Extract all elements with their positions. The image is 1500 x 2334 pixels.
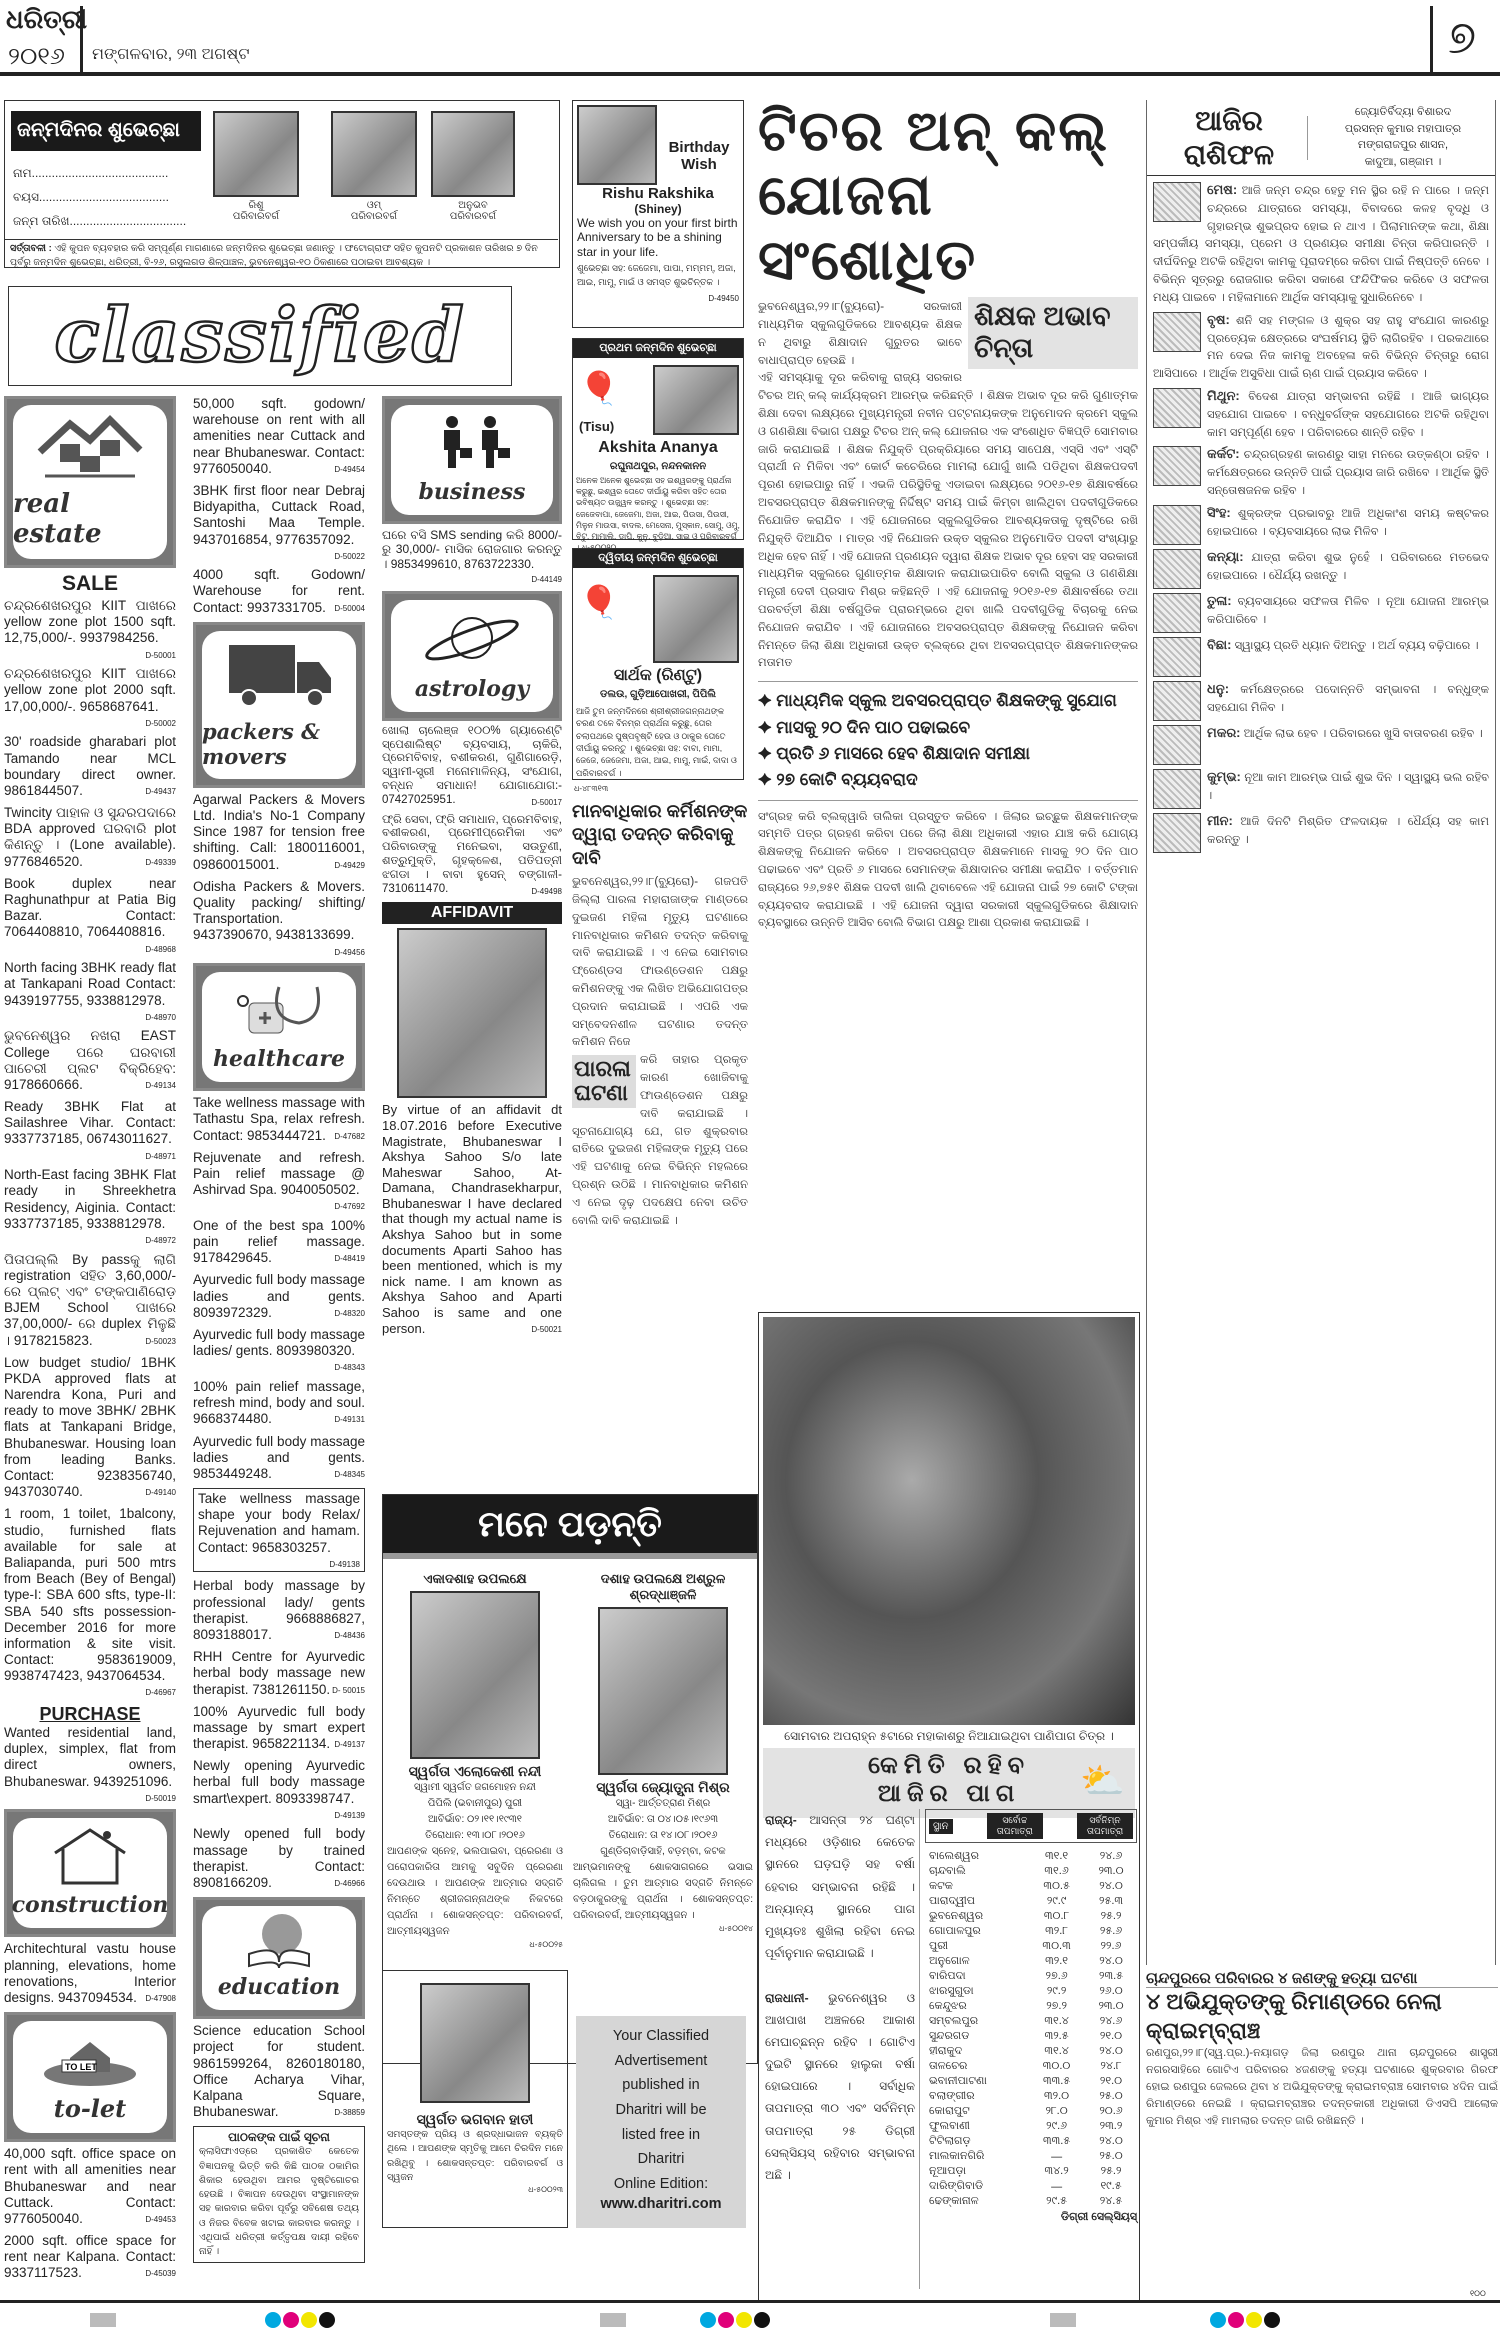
affidavit-photo [397, 928, 547, 1098]
masthead: ଧରିତ୍ରୀ ୨୦୧୬ ମଙ୍ଗଳବାର, ୨୩ ଅଗଷ୍ଟ ୭ [0, 0, 1500, 76]
child-photo [653, 365, 739, 435]
table-row: କୋରାପୁଟ୨୮.୦୨୦.୬ [925, 2104, 1137, 2119]
classified-ad: Book duplex near Raghunathpur at Patia B… [4, 876, 176, 954]
boxed-classified-ad: Take wellness massage shape your body Re… [193, 1488, 365, 1572]
classified-ad: North facing 3BHK ready flat at Tankapan… [4, 960, 176, 1022]
classified-title: classified [54, 293, 465, 379]
table-row: ଭୁବନେଶ୍ୱର୩୦.୮୨୫.୨ [925, 1909, 1137, 1924]
table-row: ଅନୁଗୋଳ୩୨.୧୨୪.୦ [925, 1954, 1137, 1969]
obituary-bottom: ସ୍ୱର୍ଗତ ଭଗବାନ ହାତୀ ସମସ୍ତଙ୍କ ପ୍ରିୟ ଓ ଶ୍ରଦ… [382, 1970, 568, 2228]
divider [1430, 6, 1433, 76]
child-photo [653, 575, 739, 663]
table-row: ତାଳଚେର୩୦.୦୨୪.୮ [925, 2059, 1137, 2074]
table-row: ପାରାଦ୍ୱୀପ୨୯.୯୨୫.୩ [925, 1894, 1137, 1909]
zodiac-icon [1153, 446, 1201, 486]
coupon-terms: ସର୍ତ୍ତାବଳୀ : ଏହି କୁପନ ବ୍ୟବହାର କରି ସମ୍ପୂର… [5, 239, 558, 272]
category-education: education [193, 1897, 365, 2019]
category-to-let: TO LET to-let [4, 2012, 176, 2142]
category-astrology: astrology [382, 591, 562, 721]
birthday-coupon: ଜନ୍ମଦିନର ଶୁଭେଚ୍ଛା ନାମ...................… [4, 100, 560, 268]
table-row: ହୀରାକୁଦ୩୧.୪୨୪.୦ [925, 2044, 1137, 2059]
coupon-field-name[interactable]: ନାମ.....................................… [13, 161, 186, 185]
coupon-photo-2: ଓମ୍ ପରିବାରବର୍ଗ [331, 111, 417, 222]
classified-ad: ଚନ୍ଦ୍ରଶେଖରପୁର KIIT ପାଖରେ yellow zone plo… [4, 666, 176, 728]
sale-ads: ଚନ୍ଦ୍ରଶେଖରପୁର KIIT ପାଖରେ yellow zone plo… [4, 598, 176, 1698]
birthday-wish-sarthak: ଦ୍ୱିତୀୟ ଜନ୍ମଦିନ ଶୁଭେଚ୍ଛା 🎈 ସାର୍ଥକ (ରିଣ୍ଟ… [572, 548, 744, 780]
color-registration-marks [700, 2312, 772, 2333]
birthday-wish-rishu: Birthday Wish Rishu Rakshika (Shiney) We… [572, 100, 744, 328]
category-real-estate: real estate [4, 396, 176, 568]
weather-forecast-text: ରାଜ୍ୟ- ଆସନ୍ତା ୨୪ ଘଣ୍ଟା ମଧ୍ୟରେ ଓଡ଼ିଶାର କେ… [765, 1809, 915, 2186]
color-registration-marks [265, 2312, 337, 2333]
table-row: ଝାରସୁଗୁଡା୨୯.୨୨୬.୦ [925, 1984, 1137, 1999]
coupon-field-dob[interactable]: ଜନ୍ମ ତାରିଖ..............................… [13, 209, 186, 233]
affidavit-text: By virtue of an affidavit dt 18.07.2016 … [382, 1102, 562, 1336]
classified-ad: Twincity ପାହାଳ ଓ ସୁନ୍ଦରପଦାରେ BDA approve… [4, 805, 176, 870]
table-header: ସ୍ଥାନ ସର୍ବୋଚ୍ଚ ତାପମାତ୍ରା ସର୍ବନିମ୍ନ ତାପମା… [925, 1809, 1137, 1843]
crime-story: ଚାନ୍ଦପୁରରେ ପରିବାରର ୪ ଜଣଙ୍କୁ ହତ୍ୟା ଘଟଣା ୪… [1146, 1970, 1498, 2130]
zodiac-icon [1153, 813, 1201, 853]
classified-ad: 4000 sqft. Godown/ Warehouse for rent. C… [193, 567, 365, 616]
table-row: ଗୋପାଳପୁର୩୨.୮୨୫.୬ [925, 1924, 1137, 1939]
story-badge: ପାରଳା ଘଟଣା [572, 1055, 636, 1107]
business-people-icon [422, 405, 522, 479]
category-business: business [382, 396, 562, 524]
lead-headline-1: ଟିଚର ଅନ୍ କଲ୍ [758, 100, 1138, 164]
color-registration-marks [1210, 2312, 1282, 2333]
crime-kicker: ଚାନ୍ଦପୁରରେ ପରିବାରର ୪ ଜଣଙ୍କୁ ହତ୍ୟା ଘଟଣା [1146, 1970, 1498, 1988]
coupon-fields: ନାମ.....................................… [13, 161, 186, 233]
crime-headline: ୪ ଅଭିଯୁକ୍ତଙ୍କୁ ରିମାଣ୍ଡରେ ନେଲା କ୍ରାଇମ୍‌ବ୍… [1146, 1988, 1498, 2045]
classified-ad: Ayurvedic full body massage ladies and g… [193, 1434, 365, 1483]
reader-notice: ପାଠକଙ୍କ ପାଇଁ ସୂଚନା କ୍ଲାସିଫାଏଡ୍‌ରେ ପ୍ରକାଶ… [193, 2126, 365, 2263]
balloons-icon: 🎈 [579, 369, 619, 407]
publication-date: ମଙ୍ଗଳବାର, ୨୩ ଅଗଷ୍ଟ [92, 46, 249, 64]
satellite-caption: ସୋମବାର ଅପରାହ୍ନ ୫ଟାରେ ମହାକାଶରୁ ନିଆଯାଇଥିବା… [759, 1729, 1139, 1744]
divider [80, 6, 83, 76]
to-let-house-icon: TO LET [40, 2021, 140, 2094]
horoscope-section: ଆଜିର ରାଶିଫଳ ଜ୍ୟୋତିର୍ବିଦ୍ୟା ବିଶାରଦ ପ୍ରସନ୍… [1146, 100, 1496, 1965]
zodiac-icon [1153, 681, 1201, 721]
zodiac-entry: ମେଷ: ଆଜି ଜନ୍ମ ଚନ୍ଦ୍ର ହେତୁ ମନ ସ୍ଥିର ରହି ନ… [1153, 180, 1489, 308]
stethoscope-icon [229, 972, 329, 1046]
classified-ad: Low budget studio/ 1BHK PKDA approved fl… [4, 1355, 176, 1501]
weather-section: ସୋମବାର ଅପରାହ୍ନ ୫ଟାରେ ମହାକାଶରୁ ନିଆଯାଇଥିବା… [758, 1312, 1140, 2302]
classified-banner: classified [8, 286, 512, 386]
classified-ad: ଫ୍ରି ସେବା, ଫ୍ରି ସମାଧାନ, ପ୍ରେମବିବାହ, ବଶୀକ… [382, 814, 562, 897]
classified-ad: Odisha Packers & Movers. Quality packing… [193, 879, 365, 957]
classified-ad: Ready 3BHK Flat at Sailashree Vihar. Con… [4, 1099, 176, 1161]
classified-ad: One of the best spa 100% pain relief mas… [193, 1218, 365, 1267]
zodiac-icon [1153, 505, 1201, 545]
gray-marks [90, 2313, 116, 2332]
table-row: ଚାନ୍ଦବାଲି୩୧.୬୨୩.୦ [925, 1864, 1137, 1879]
classified-ad: 50,000 sqft. godown/ warehouse on rent w… [193, 396, 365, 477]
table-row: ପୁରୀ୩୦.୩୨୨.୬ [925, 1939, 1137, 1954]
page-number: ୭ [1448, 10, 1476, 66]
column-3: business ଘରେ ବସି SMS sending କରି 8000/- … [382, 396, 562, 1342]
zodiac-entry: ସିଂହ: ଶୁକ୍ରଙ୍କ ପ୍ରଭାବରୁ ଆଜି ଅଧିକାଂଶ ସମୟ … [1153, 503, 1489, 545]
satellite-map [763, 1317, 1135, 1725]
zodiac-entry: ମିଥୁନ: ବିଦେଶ ଯାତ୍ରା ସମ୍ଭାବନା ରହିଛି । ଆଜି… [1153, 386, 1489, 442]
page-code: ୧୦୦ [1470, 2289, 1486, 2299]
column-2: 50,000 sqft. godown/ warehouse on rent w… [193, 396, 365, 2263]
table-row: ବାଲେଶ୍ୱର୩୧.୧୨୪.୬ [925, 1849, 1137, 1864]
truck-icon [219, 631, 339, 719]
obituary-right: ଦଶାହ ଉପଲକ୍ଷେ ଅଶ୍ରୁଳ ଶ୍ରଦ୍ଧାଞ୍ଜଳି ସ୍ୱର୍ଗତ… [573, 1571, 753, 1934]
online-edition-promo: Your Classified Advertisement published … [576, 2016, 746, 2228]
category-packers-movers: packers & movers [193, 622, 365, 788]
svg-text:TO LET: TO LET [65, 2062, 97, 2072]
classified-ad: Herbal body massage by professional lady… [193, 1578, 365, 1643]
zodiac-icon [1153, 593, 1201, 633]
category-healthcare: healthcare [193, 963, 365, 1091]
classified-ad: 2000 sqft. office space for rent near Ka… [4, 2233, 176, 2282]
weather-banner: କେମିତି ରହିବ ଆଜିର ପାଗ ⛅ [763, 1748, 1135, 1818]
zodiac-entry: ବିଛା: ସ୍ୱାସ୍ଥ୍ୟ ପ୍ରତି ଧ୍ୟାନ ଦିଅନ୍ତୁ । ଅର… [1153, 635, 1489, 677]
classified-ad: ଖୋଲା ଚାଲେଞ୍ଜ ୧୦୦% ଗ୍ୟାରେଣ୍ଟି ସ୍ପେଶାଲିଷ୍ଟ… [382, 725, 562, 808]
classified-ad: Architechtural vastu house planning, ele… [4, 1941, 176, 2006]
classified-ad: Take wellness massage with Tathastu Spa,… [193, 1095, 365, 1144]
coupon-photo-1: ରିଶୁ ପରିବାରବର୍ଗ [213, 111, 299, 222]
classified-ad: 100% pain relief massage, refresh mind, … [193, 1379, 365, 1428]
table-row: ଟିଟିଲାଗଡ଼୩୩.୫୨୪.୦ [925, 2134, 1137, 2149]
coupon-field-age[interactable]: ବୟସ.....................................… [13, 185, 186, 209]
classified-ad: ପିତାପଲ୍ଲି By passକୁ ଲାଗି registration ସହ… [4, 1252, 176, 1349]
purchase-heading: PURCHASE [4, 1704, 176, 1725]
column-1: real estate SALE ଚନ୍ଦ୍ରଶେଖରପୁର KIIT ପାଖର… [4, 396, 176, 2288]
newspaper-logo: ଧରିତ୍ରୀ [6, 6, 76, 35]
coupon-title: ଜନ୍ମଦିନର ଶୁଭେଚ୍ଛା [11, 111, 201, 151]
classified-ad: Ayurvedic full body massage ladies/ gent… [193, 1327, 365, 1373]
deceased-photo [410, 1591, 540, 1759]
classified-ad: Ayurvedic full body massage ladies and g… [193, 1272, 365, 1321]
category-construction: construction [4, 1809, 176, 1937]
zodiac-icon [1153, 769, 1201, 809]
lead-story: ଟିଚର ଅନ୍ କଲ୍ ଯୋଜନା ସଂଶୋଧିତ ଶିକ୍ଷକ ଅଭାବ ଚ… [758, 100, 1138, 933]
classified-ad: Science education School project for stu… [193, 2023, 365, 2120]
zodiac-entry: ବୃଷ: ଶନି ସହ ମଙ୍ଗଳ ଓ ଶୁକ୍ର ସହ ରାହୁ ସଂଯୋଗ … [1153, 310, 1489, 384]
zodiac-entry: ମକର: ଆର୍ଥିକ ଲାଭ ହେବ । ପରିବାରରେ ଖୁସି ବାତା… [1153, 723, 1489, 765]
classified-ad: ଚନ୍ଦ୍ରଶେଖରପୁର KIIT ପାଖରେ yellow zone plo… [4, 598, 176, 660]
table-row: ଦାରିଙ୍ଗିବାଡି—୧୯.୫ [925, 2179, 1137, 2194]
table-row: ଢେଙ୍କାନାଳ୨୯.୫୨୪.୫ [925, 2194, 1137, 2209]
classified-ad: 100% Ayurvedic full body massage by smar… [193, 1704, 365, 1753]
coupon-photo-3: ଅନୁଭବ ପରିବାରବର୍ଗ [431, 111, 515, 222]
book-globe-icon [234, 1906, 324, 1974]
table-row: ନୂଆପଡ଼ା୩୪.୨୨୫.୨ [925, 2164, 1137, 2179]
table-row: ସୁନ୍ଦରଗଡ୩୨.୫୨୧.୦ [925, 2029, 1137, 2044]
child-photo [213, 111, 299, 197]
story-headline: ମାନବାଧିକାର କର୍ମିଶନଙ୍କ ଦ୍ୱାରା ତଦନ୍ତ କରିବା… [572, 800, 748, 870]
sun-cloud-icon: ⛅ [1080, 1760, 1125, 1802]
birthday-wish-akshita: ପ୍ରଥମ ଜନ୍ମଦିନ ଶୁଭେଚ୍ଛା 🎈 (Tisu) Akshita … [572, 338, 744, 540]
sale-heading: SALE [4, 572, 176, 596]
astrologer-info: ଜ୍ୟୋତିର୍ବିଦ୍ୟା ବିଶାରଦ ପ୍ରସନ୍ନ କୁମାର ମହାପ… [1315, 104, 1491, 170]
highlights: ✦ ମାଧ୍ୟମିକ ସ୍କୁଲ ଅବସରପ୍ରାପ୍ତ ଶିକ୍ଷକଙ୍କୁ … [758, 681, 1138, 800]
zodiac-icon [1153, 549, 1201, 589]
balloons-icon: 🎈 [579, 583, 619, 621]
classified-ad: Rejuvenate and refresh. Pain relief mass… [193, 1150, 365, 1212]
zodiac-entry: କର୍କଟ: ଚନ୍ଦ୍ରଗ୍ରହଣ କାରଣରୁ ସାହା ମନରେ ଉତ୍କ… [1153, 444, 1489, 500]
classified-ad: 1 room, 1 toilet, 1balcony, studio, furn… [4, 1506, 176, 1698]
person-photo [431, 111, 515, 197]
classified-ad: ଭୁବନେଶ୍ୱର ନଖରା EAST College ପରେ ଘରବାରୀ ପ… [4, 1028, 176, 1093]
classified-ad: 3BHK first floor near Debraj Bidyapitha,… [193, 483, 365, 561]
zodiac-entry: କୁମ୍ଭ: ନୂଆ କାମ ଆରମ୍ଭ ପାଇଁ ଶୁଭ ଦିନ । ସ୍ୱା… [1153, 767, 1489, 809]
zodiac-entry: ତୁଳା: ବ୍ୟବସାୟରେ ସଫଳତା ମିଳିବ । ନୂଆ ଯୋଜନା … [1153, 591, 1489, 633]
table-row: ଫୁଲବାଣୀ୨୯.୬୨୩.୨ [925, 2119, 1137, 2134]
news-story-parala: ମାନବାଧିକାର କର୍ମିଶନଙ୍କ ଦ୍ୱାରା ତଦନ୍ତ କରିବା… [572, 800, 748, 1230]
table-row: ବଲାଙ୍ଗୀର୩୨.୦୨୫.୦ [925, 2089, 1137, 2104]
table-row: ଭବାନୀପାଟଣା୩୩.୫୨୧.୦ [925, 2074, 1137, 2089]
temperature-table: ସ୍ଥାନ ସର୍ବୋଚ୍ଚ ତାପମାତ୍ରା ସର୍ବନିମ୍ନ ତାପମା… [925, 1809, 1137, 2224]
table-row: ସମ୍ବଲପୁର୩୧.୪୨୪.୬ [925, 2014, 1137, 2029]
zodiac-icon [1153, 637, 1201, 677]
house-construction-icon [45, 1818, 135, 1892]
classified-ad: Newly opening Ayurvedic herbal full body… [193, 1758, 365, 1820]
unit-label: ଡିଗ୍ରୀ ସେଲ୍‌ସିୟସ୍ [925, 2211, 1137, 2224]
kicker: ଶିକ୍ଷକ ଅଭାବ ଚିନ୍ତା [968, 297, 1138, 369]
table-row: କେନ୍ଦୁଝର୨୭.୨୨୩.୦ [925, 1999, 1137, 2014]
classified-ad: ଘରେ ବସି SMS sending କରି 8000/- ରୁ 30,000… [382, 528, 562, 585]
zodiac-list: ମେଷ: ଆଜି ଜନ୍ମ ଚନ୍ଦ୍ର ହେତୁ ମନ ସ୍ଥିର ରହି ନ… [1147, 176, 1495, 859]
zodiac-entry: ଧନୁ: କର୍ମକ୍ଷେତ୍ରରେ ପଦୋନ୍ନତି ସମ୍ଭାବନା । ବ… [1153, 679, 1489, 721]
horoscope-header: ଆଜିର ରାଶିଫଳ ଜ୍ୟୋତିର୍ବିଦ୍ୟା ବିଶାରଦ ପ୍ରସନ୍… [1147, 100, 1495, 176]
classified-ad: Newly opened full body massage by traine… [193, 1826, 365, 1891]
zodiac-icon [1153, 312, 1201, 352]
website-link[interactable]: www.dharitri.com [576, 2196, 746, 2212]
table-row: ମାଲକାନଗିରି—୨୫.୦ [925, 2149, 1137, 2164]
obituary-left: ଏକାଦଶାହ ଉପଲକ୍ଷେ ସ୍ୱର୍ଗତା ଏଲୋକେଶୀ ନନ୍ଦୀ ସ… [387, 1571, 563, 1950]
temperature-rows: ବାଲେଶ୍ୱର୩୧.୧୨୪.୬ଚାନ୍ଦବାଲି୩୧.୬୨୩.୦କଟକ୩୦.୫… [925, 1849, 1137, 2209]
zodiac-icon [1153, 182, 1201, 222]
edition-year: ୨୦୧୬ [8, 42, 65, 70]
child-photo [577, 105, 657, 185]
classified-ad: Wanted residential land, duplex, simplex… [4, 1725, 176, 1803]
classified-ad: 30' roadside gharabari plot Tamando near… [4, 734, 176, 799]
classified-ad: 40,000 sqft. office space on rent with a… [4, 2146, 176, 2227]
child-photo [331, 111, 417, 197]
deceased-photo [420, 1983, 530, 2103]
zodiac-entry: କନ୍ୟା: ଯାତ୍ରା କରିବା ଶୁଭ ନୁହେଁ । ପରିବାରରେ… [1153, 547, 1489, 589]
classified-ad: North-East facing 3BHK Flat ready in Shr… [4, 1167, 176, 1245]
ad-code: ଧ-୪୮୩୧୩ [574, 784, 608, 794]
affidavit-heading: AFFIDAVIT [382, 902, 562, 924]
planet-icon [417, 600, 527, 676]
deceased-photo [598, 1607, 728, 1775]
lead-headline-2: ଯୋଜନା ସଂଶୋଧିତ [758, 164, 1138, 293]
table-row: କଟକ୩୦.୫୨୪.୦ [925, 1879, 1137, 1894]
page-footer: ୧୦୦ [0, 2300, 1500, 2334]
house-icon [35, 405, 145, 489]
classified-ad: RHH Centre for Ayurvedic herbal body mas… [193, 1649, 365, 1698]
classified-ad: Agarwal Packers & Movers Ltd. India's No… [193, 792, 365, 873]
table-row: ବାରିପଦା୨୭.୬୨୩.୫ [925, 1969, 1137, 1984]
zodiac-icon [1153, 388, 1201, 428]
zodiac-icon [1153, 725, 1201, 765]
zodiac-entry: ମୀନ: ଆଜି ଦିନଟି ମିଶ୍ରିତ ଫଳଦାୟକ । ଧୈର୍ଯ୍ୟ … [1153, 811, 1489, 853]
obituary-banner: ମନେ ପଡ଼ନ୍ତି [383, 1495, 757, 1559]
